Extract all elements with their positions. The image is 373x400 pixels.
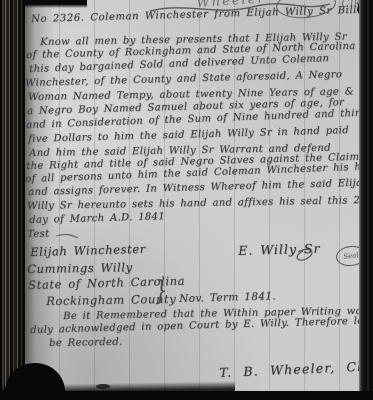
court-brace: } xyxy=(154,275,168,307)
court-order-line: be Recorded. xyxy=(49,337,123,349)
bottom-black-strip xyxy=(0,391,373,400)
witness-signature-2: Cummings Willy xyxy=(27,260,133,276)
small-smudge xyxy=(96,384,110,389)
seal-label: Seal xyxy=(343,251,359,261)
book-binding xyxy=(0,0,25,400)
record-book-scan: Wheeler Clk No 2326. Coleman Winchester … xyxy=(0,0,373,400)
top-left-shadow xyxy=(25,0,87,8)
right-page-edge xyxy=(359,0,373,400)
grantor-signature: E. Willy Sr xyxy=(238,241,321,258)
witness-test-label: Test xyxy=(27,229,50,240)
